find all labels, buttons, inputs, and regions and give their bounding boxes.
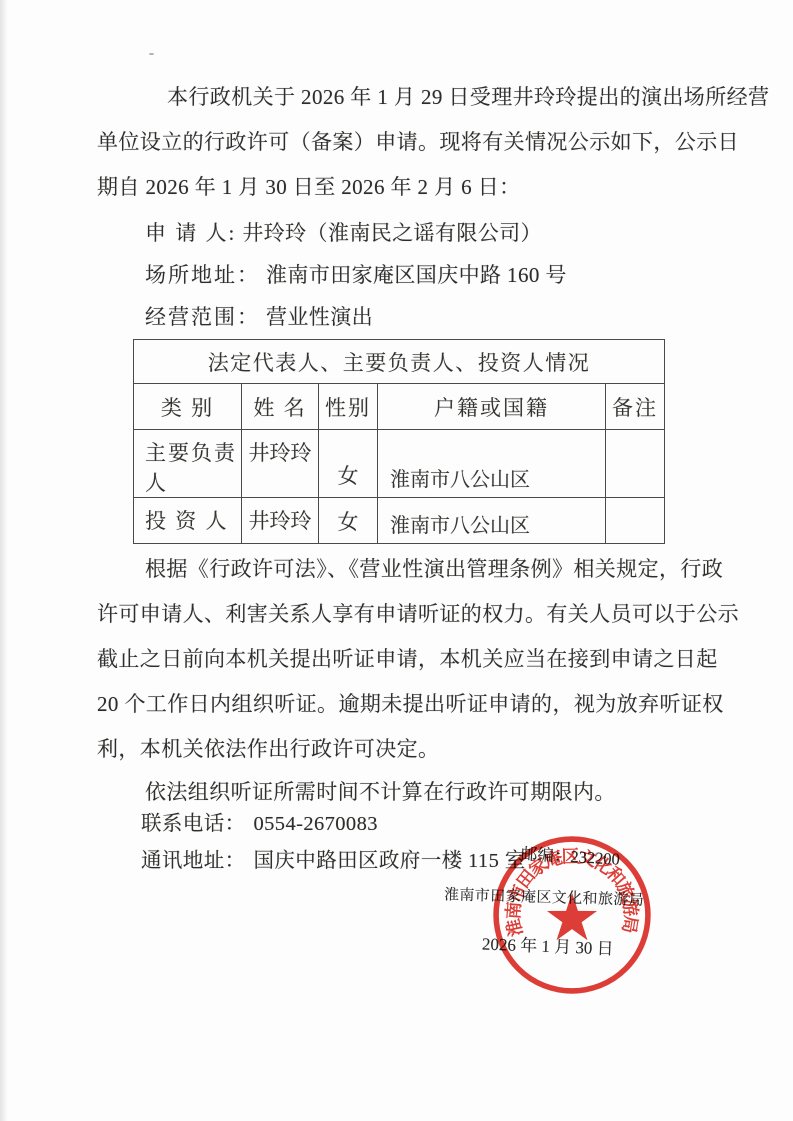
cell-residence: 淮南市八公山区 (378, 498, 606, 544)
business-scope-value: 营业性演出 (260, 305, 373, 329)
seal-star-icon (547, 893, 597, 941)
scan-speck (149, 53, 154, 55)
cell-gender: 女 (319, 430, 378, 498)
venue-address-label: 场所地址： (145, 263, 260, 287)
persons-table: 法定代表人、主要负责人、投资人情况 类 别 姓 名 性别 户籍或国籍 备注 主要… (133, 339, 665, 544)
cell-gender: 女 (319, 498, 378, 544)
table-header-row: 类 别 姓 名 性别 户籍或国籍 备注 (134, 384, 665, 430)
venue-address-value: 淮南市田家庵区国庆中路 160 号 (260, 263, 567, 287)
header-remark: 备注 (606, 384, 665, 430)
header-name: 姓 名 (242, 384, 319, 430)
cell-name: 井玲玲 (242, 498, 319, 544)
table-row: 主要负责人 井玲玲 女 淮南市八公山区 (134, 430, 665, 498)
applicant-info: 申 请 人:井玲玲（淮南民之谣有限公司） 场所地址：淮南市田家庵区国庆中路 16… (145, 212, 745, 338)
mail-address-value: 国庆中路田区政府一楼 115 室 (246, 850, 526, 872)
paragraph-line: 许可申请人、利害关系人享有申请听证的权力。有关人员可以于公示 (97, 592, 757, 637)
table-title: 法定代表人、主要负责人、投资人情况 (134, 340, 665, 384)
paragraph-line: 单位设立的行政许可（备案）申请。现将有关情况公示如下，公示日 (97, 120, 737, 165)
paragraph-line: 本行政机关于 2026 年 1 月 29 日受理井玲玲提出的演出场所经营 (97, 75, 737, 120)
header-gender: 性别 (319, 384, 378, 430)
table-title-row: 法定代表人、主要负责人、投资人情况 (134, 340, 665, 384)
paragraph-line: 利，本机关依法作出行政许可决定。 (97, 727, 757, 772)
paragraph-line: 根据《行政许可法》、《营业性演出管理条例》相关规定，行政 (97, 547, 757, 592)
header-residence: 户籍或国籍 (378, 384, 606, 430)
paragraph-line: 截止之日前向本机关提出听证申请，本机关应当在接到申请之日起 (97, 637, 757, 682)
scanned-notice-page: 本行政机关于 2026 年 1 月 29 日受理井玲玲提出的演出场所经营 单位设… (0, 0, 793, 1121)
business-scope-line: 经营范围：营业性演出 (145, 296, 745, 338)
official-seal-stamp: 淮南市田家庵区文化和旅游局 (490, 833, 654, 997)
phone-number: 0554-2670083 (246, 813, 378, 835)
header-category: 类 别 (134, 384, 242, 430)
mail-address-label: 通讯地址： (141, 850, 246, 872)
paragraph-line: 期自 2026 年 1 月 30 日至 2026 年 2 月 6 日： (97, 165, 737, 210)
table-row: 投 资 人 井玲玲 女 淮南市八公山区 (134, 498, 665, 544)
cell-residence: 淮南市八公山区 (378, 430, 606, 498)
opening-paragraph: 本行政机关于 2026 年 1 月 29 日受理井玲玲提出的演出场所经营 单位设… (97, 75, 737, 210)
phone-label: 联系电话： (141, 813, 246, 835)
cell-category: 投 资 人 (134, 498, 242, 544)
hearing-paragraph: 根据《行政许可法》、《营业性演出管理条例》相关规定，行政 许可申请人、利害关系人… (97, 547, 757, 772)
applicant-line: 申 请 人:井玲玲（淮南民之谣有限公司） (145, 212, 745, 254)
applicant-value: 井玲玲（淮南民之谣有限公司） (236, 221, 542, 245)
cell-category: 主要负责人 (134, 430, 242, 498)
applicant-label: 申 请 人: (145, 221, 236, 245)
paragraph-line: 20 个工作日内组织听证。逾期未提出听证申请的，视为放弃听证权 (97, 682, 757, 727)
cell-remark (606, 498, 665, 544)
business-scope-label: 经营范围： (145, 305, 260, 329)
venue-address-line: 场所地址：淮南市田家庵区国庆中路 160 号 (145, 254, 745, 296)
cell-name: 井玲玲 (242, 430, 319, 498)
cell-remark (606, 430, 665, 498)
